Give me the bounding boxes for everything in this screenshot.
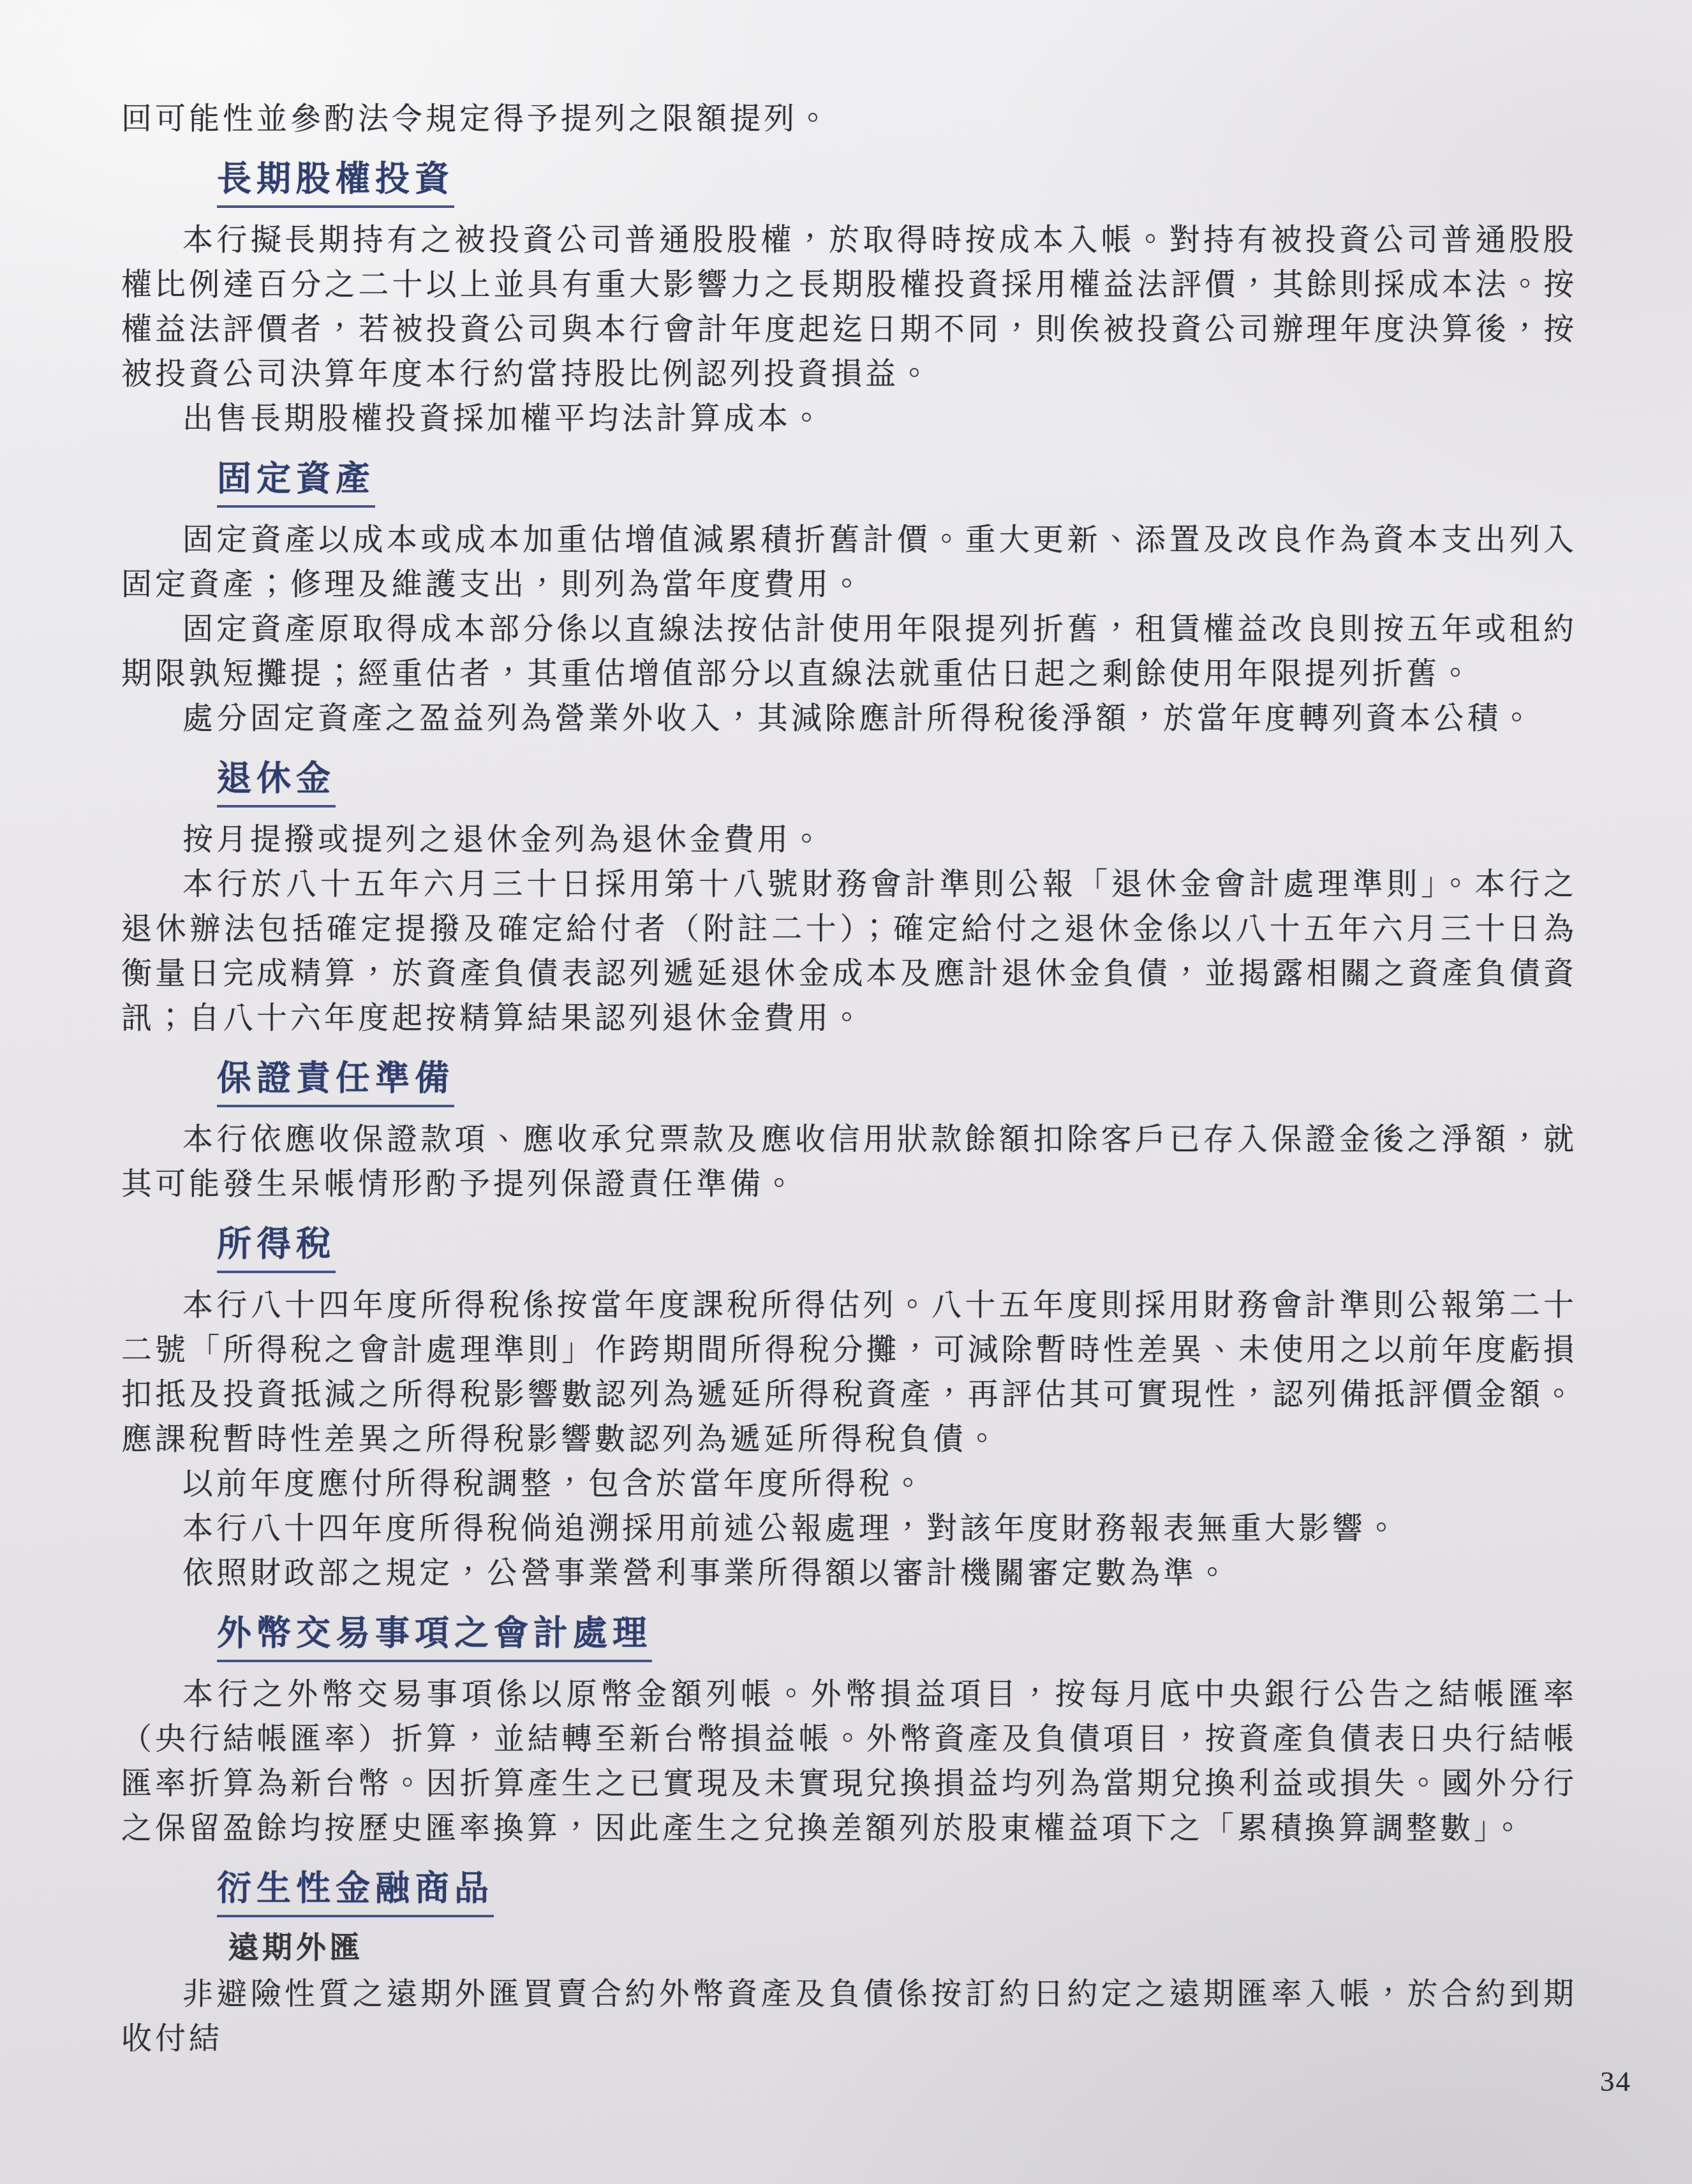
paragraph: 本行八十四年度所得稅係按當年度課稅所得估列。八十五年度則採用財務會計準則公報第二… (121, 1283, 1577, 1462)
section-heading-text: 固定資產 (217, 458, 375, 508)
section-heading-fixed-assets: 固定資產 (217, 458, 1577, 508)
section-heading-text: 保證責任準備 (217, 1058, 454, 1107)
paragraph: 本行八十四年度所得稅倘追溯採用前述公報處理，對該年度財務報表無重大影響。 (121, 1507, 1577, 1551)
section-heading-text: 長期股權投資 (217, 158, 454, 208)
paragraph: 本行依應收保證款項、應收承兌票款及應收信用狀款餘額扣除客戶已存入保證金後之淨額，… (121, 1118, 1577, 1207)
paragraph: 固定資產原取得成本部分係以直線法按估計使用年限提列折舊，租賃權益改良則按五年或租… (121, 607, 1577, 697)
section-heading-text: 退休金 (217, 758, 336, 808)
section-heading-text: 外幣交易事項之會計處理 (217, 1612, 652, 1662)
lead-paragraph: 回可能性並參酌法令規定得予提列之限額提列。 (121, 97, 1577, 142)
page-number: 34 (1600, 2065, 1631, 2098)
section-heading-long-term-equity-investments: 長期股權投資 (217, 158, 1577, 208)
section-heading-derivative-financial-instruments: 衍生性金融商品 (217, 1868, 1577, 1917)
section-heading-income-tax: 所得稅 (217, 1223, 1577, 1273)
paragraph: 本行於八十五年六月三十日採用第十八號財務會計準則公報「退休金會計處理準則」。本行… (121, 862, 1577, 1041)
paragraph: 處分固定資產之盈益列為營業外收入，其減除應計所得稅後淨額，於當年度轉列資本公積。 (121, 697, 1577, 741)
section-heading-text: 所得稅 (217, 1223, 336, 1273)
sub-heading-forward-exchange: 遠期外匯 (228, 1929, 1577, 1967)
paragraph: 依照財政部之規定，公營事業營利事業所得額以審計機關審定數為準。 (121, 1551, 1577, 1596)
paragraph: 出售長期股權投資採加權平均法計算成本。 (121, 397, 1577, 441)
paragraph: 非避險性質之遠期外匯買賣合約外幣資產及負債係按訂約日約定之遠期匯率入帳，於合約到… (121, 1972, 1577, 2062)
paragraph: 本行擬長期持有之被投資公司普通股股權，於取得時按成本入帳。對持有被投資公司普通股… (121, 218, 1577, 397)
paragraph: 本行之外幣交易事項係以原幣金額列帳。外幣損益項目，按每月底中央銀行公告之結帳匯率… (121, 1672, 1577, 1851)
page-content: 回可能性並參酌法令規定得予提列之限額提列。 長期股權投資 本行擬長期持有之被投資… (121, 97, 1577, 2062)
paragraph: 固定資產以成本或成本加重估增值減累積折舊計價。重大更新、添置及改良作為資本支出列… (121, 518, 1577, 607)
paragraph: 按月提撥或提列之退休金列為退休金費用。 (121, 818, 1577, 862)
paragraph: 以前年度應付所得稅調整，包含於當年度所得稅。 (121, 1462, 1577, 1507)
section-heading-foreign-currency-accounting: 外幣交易事項之會計處理 (217, 1612, 1577, 1662)
section-heading-pension: 退休金 (217, 758, 1577, 808)
section-heading-text: 衍生性金融商品 (217, 1868, 494, 1917)
section-heading-guarantee-reserve: 保證責任準備 (217, 1058, 1577, 1107)
scanned-document-page: 回可能性並參酌法令規定得予提列之限額提列。 長期股權投資 本行擬長期持有之被投資… (0, 0, 1692, 2184)
